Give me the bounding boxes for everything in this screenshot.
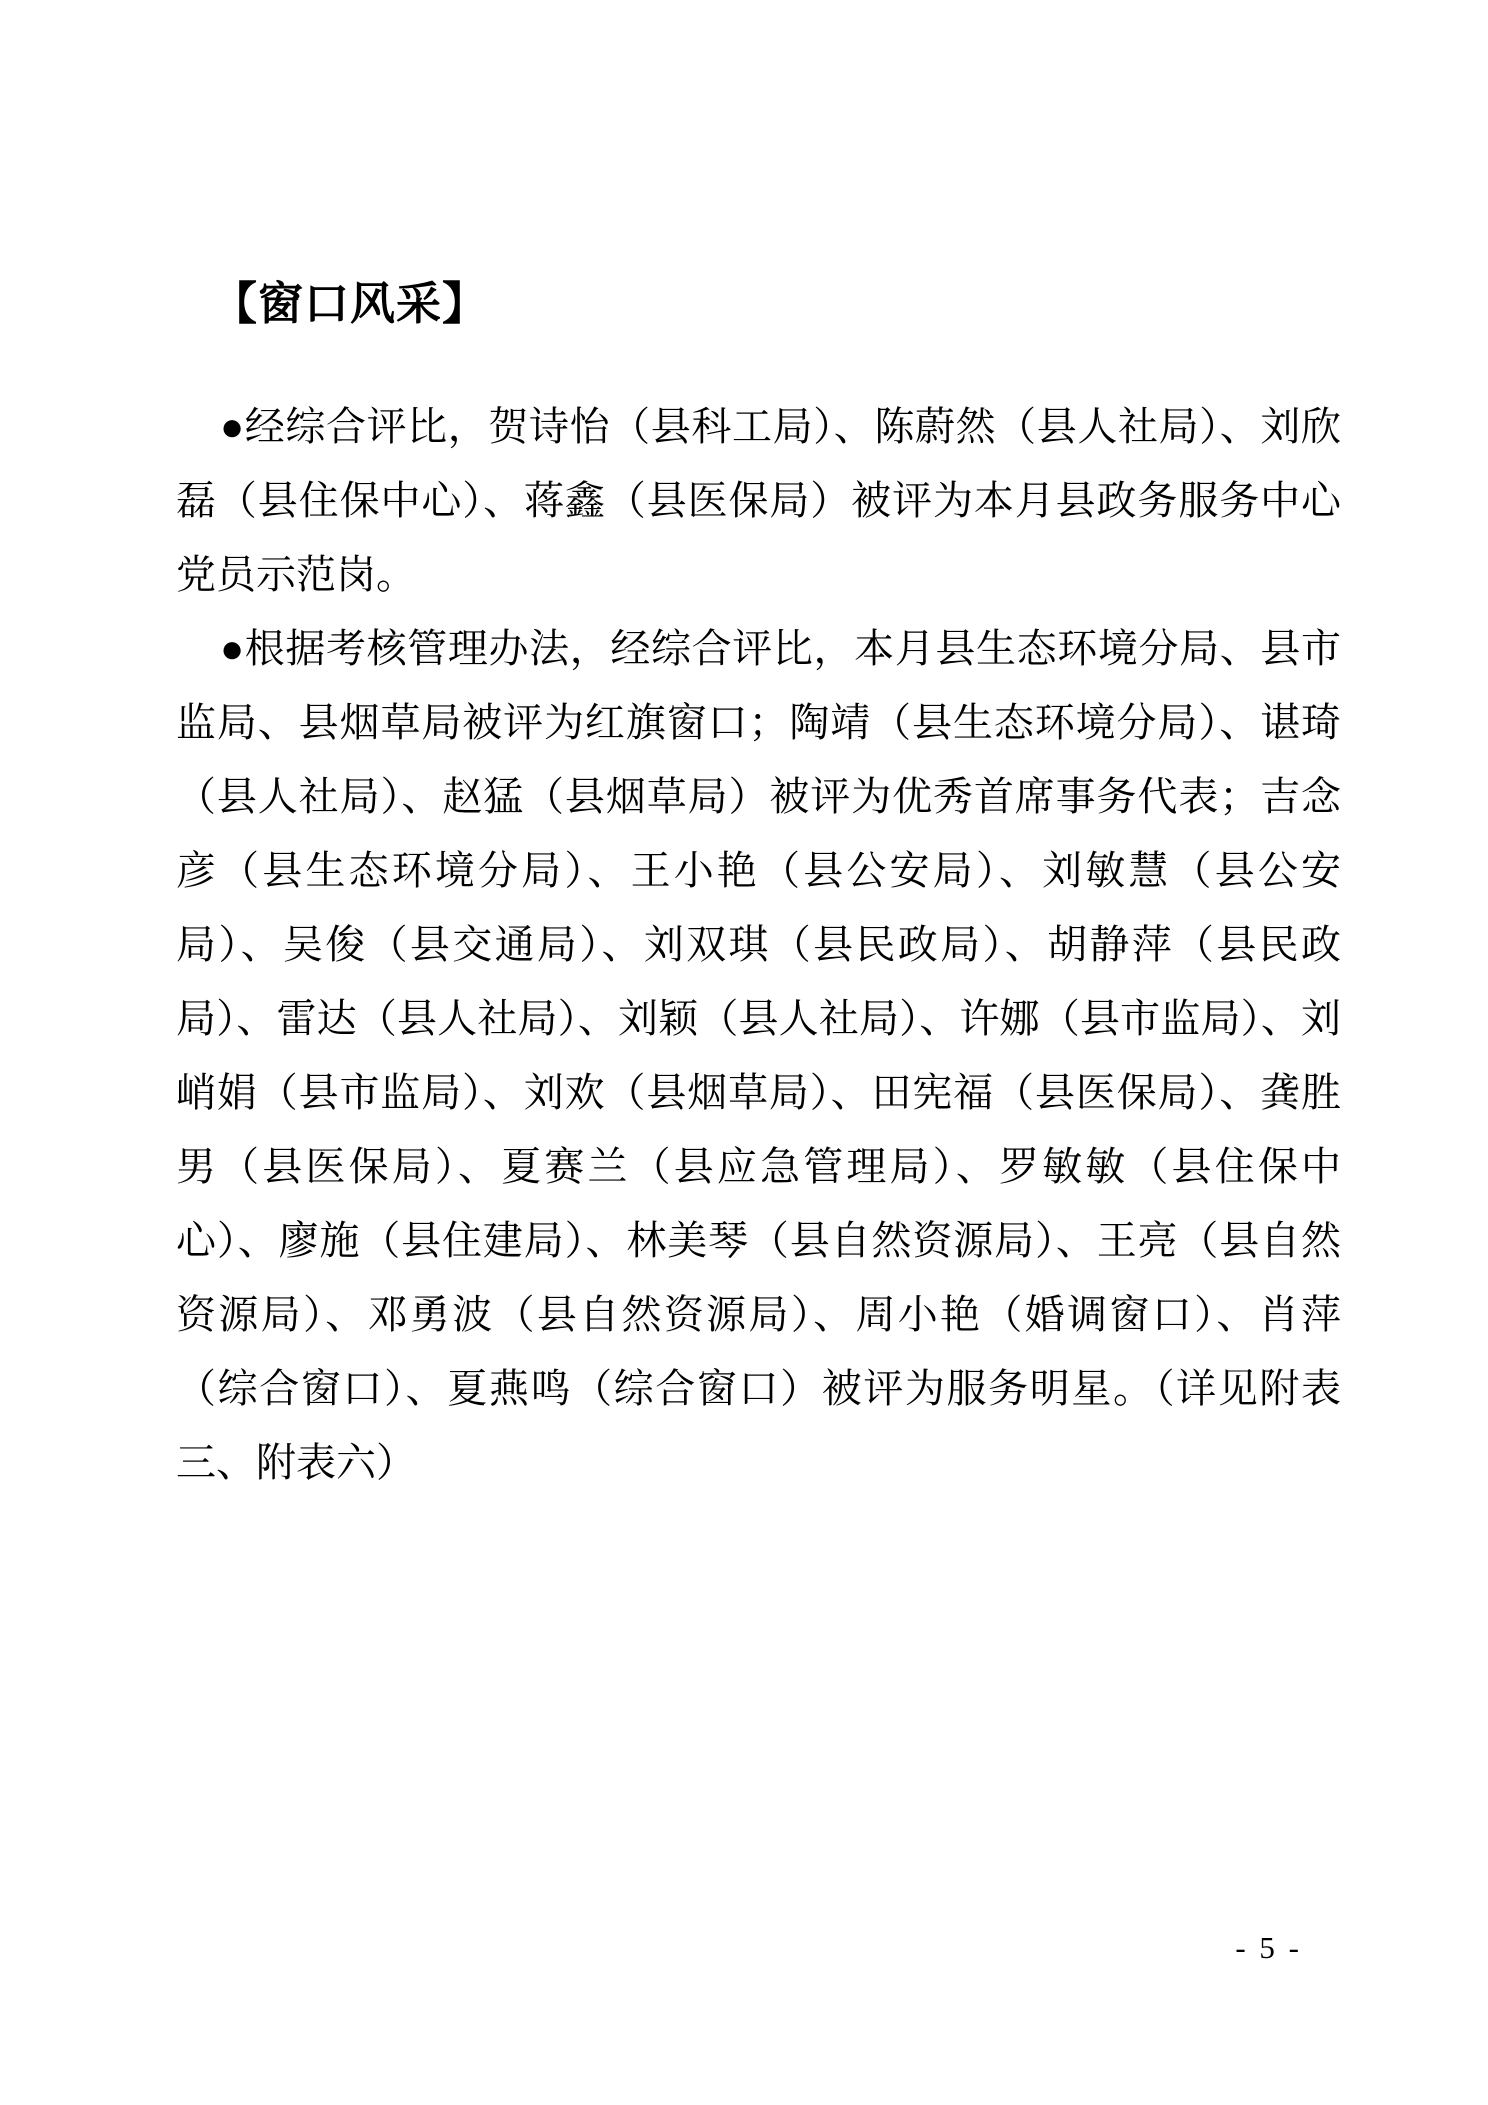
page-number: - 5 - — [1235, 1930, 1302, 1966]
paragraph-exemplary-posts: ●经综合评比，贺诗怡（县科工局）、陈蔚然（县人社局）、刘欣磊（县住保中心）、蒋鑫… — [176, 390, 1341, 612]
document-page: 【窗口风采】 ●经综合评比，贺诗怡（县科工局）、陈蔚然（县人社局）、刘欣磊（县住… — [0, 0, 1488, 2105]
paragraph-assessment-results: ●根据考核管理办法，经综合评比，本月县生态环境分局、县市监局、县烟草局被评为红旗… — [176, 612, 1341, 1500]
section-heading: 【窗口风采】 — [212, 276, 488, 332]
document-body: ●经综合评比，贺诗怡（县科工局）、陈蔚然（县人社局）、刘欣磊（县住保中心）、蒋鑫… — [176, 390, 1341, 1500]
